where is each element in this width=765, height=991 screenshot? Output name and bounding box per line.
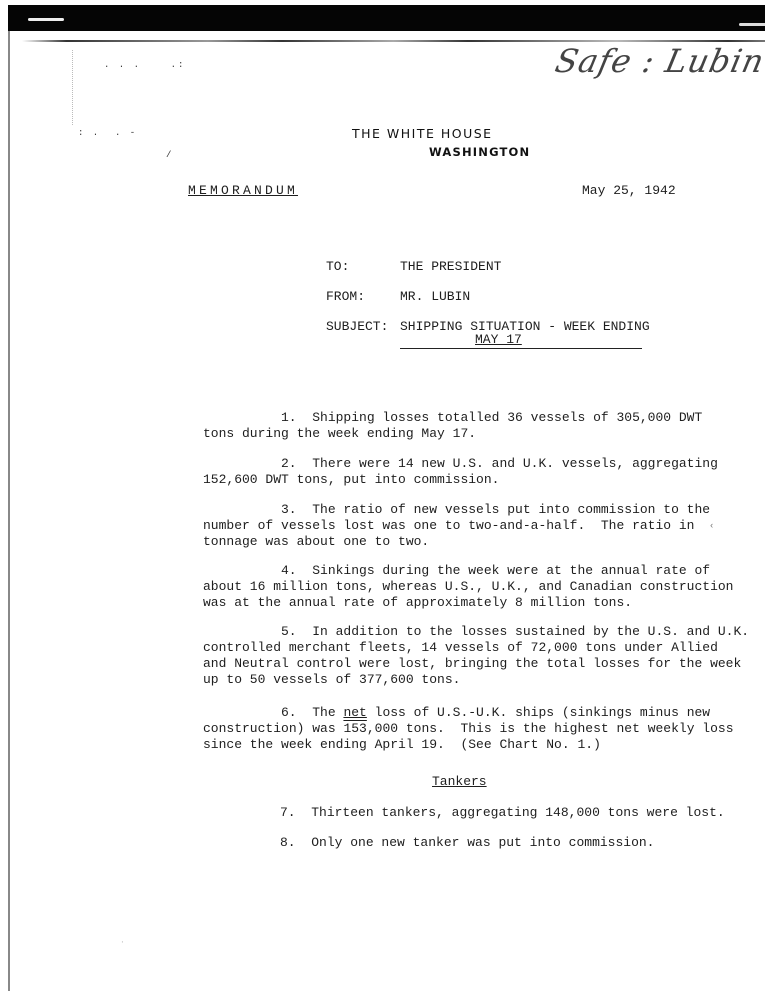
item-text: Only one new tanker was put into commiss… xyxy=(311,835,654,850)
paragraph-line: 1. Shipping losses totalled 36 vessels o… xyxy=(203,410,723,426)
scan-specks: . . . .: xyxy=(104,60,185,70)
paragraph-line: about 16 million tons, whereas U.S., U.K… xyxy=(203,579,723,595)
paragraph-number: 6. xyxy=(203,705,297,720)
paragraph-text: loss of U.S.-U.K. ships (sinkings minus … xyxy=(367,705,710,720)
letterhead-subtitle: WASHINGTON xyxy=(429,145,530,159)
paragraph-line: 6. The net loss of U.S.-U.K. ships (sink… xyxy=(203,705,723,721)
paragraph-text: ,000 tons. This is the highest net weekl… xyxy=(367,721,734,736)
underlined-word: net xyxy=(343,705,366,720)
section-heading-tankers: Tankers xyxy=(432,774,487,790)
from-value: MR. LUBIN xyxy=(400,289,470,305)
paragraph-line: was at the annual rate of approximately … xyxy=(203,595,723,611)
handwritten-annotation: Safe : Lubin xyxy=(552,42,765,80)
paragraph-5: 5. In addition to the losses sustained b… xyxy=(203,624,723,688)
paragraph-line: number of vessels lost was one to two-an… xyxy=(203,518,723,534)
faint-margin-mark xyxy=(72,50,74,125)
paragraph-3: 3. The ratio of new vessels put into com… xyxy=(203,502,723,550)
memo-label: MEMORANDUM xyxy=(188,183,298,199)
scan-specks: / xyxy=(166,150,173,160)
scan-left-edge xyxy=(8,31,10,991)
item-number: 7. xyxy=(280,805,296,820)
stray-mark: · xyxy=(120,938,125,947)
scan-specks: : . . - xyxy=(78,128,137,138)
paragraph-line: tons during the week ending May 17. xyxy=(203,426,723,442)
paragraph-2: 2. There were 14 new U.S. and U.K. vesse… xyxy=(203,456,723,488)
paragraph-number: 5. xyxy=(203,624,297,639)
tanker-item-8: 8. Only one new tanker was put into comm… xyxy=(280,835,654,851)
item-number: 8. xyxy=(280,835,296,850)
paragraph-line: 152,600 DWT tons, put into commission. xyxy=(203,472,723,488)
paragraph-number: 2. xyxy=(203,456,297,471)
paragraph-1: 1. Shipping losses totalled 36 vessels o… xyxy=(203,410,723,442)
subject-underline xyxy=(400,348,642,349)
paragraph-text: In addition to the losses sustained by t… xyxy=(312,624,749,639)
paragraph-number: 3. xyxy=(203,502,297,517)
to-value: THE PRESIDENT xyxy=(400,259,501,275)
paragraph-line: since the week ending April 19. (See Cha… xyxy=(203,737,723,753)
paragraph-line: 5. In addition to the losses sustained b… xyxy=(203,624,723,640)
subject-label: SUBJECT: xyxy=(326,319,388,335)
paragraph-6: 6. The net loss of U.S.-U.K. ships (sink… xyxy=(203,705,723,753)
memo-date: May 25, 1942 xyxy=(582,183,676,199)
paragraph-line: controlled merchant fleets, 14 vessels o… xyxy=(203,640,723,656)
paragraph-number: 4. xyxy=(203,563,297,578)
overlined-number: 153 xyxy=(343,721,366,736)
paragraph-text: The xyxy=(312,705,343,720)
item-text: Thirteen tankers, aggregating 148,000 to… xyxy=(311,805,724,820)
scan-top-border xyxy=(8,5,765,31)
memo-label-text: MEMORANDUM xyxy=(188,183,298,198)
paragraph-line: construction) was 153,000 tons. This is … xyxy=(203,721,723,737)
paragraph-text: The ratio of new vessels put into commis… xyxy=(312,502,710,517)
subject-line-2: MAY 17 xyxy=(475,332,522,348)
paragraph-line: 4. Sinkings during the week were at the … xyxy=(203,563,723,579)
letterhead-title: THE WHITE HOUSE xyxy=(352,126,493,141)
paragraph-text: Sinkings during the week were at the ann… xyxy=(312,563,710,578)
tanker-item-7: 7. Thirteen tankers, aggregating 148,000… xyxy=(280,805,725,821)
subject-line-1: SHIPPING SITUATION - WEEK ENDING xyxy=(400,319,650,335)
paragraph-line: and Neutral control were lost, bringing … xyxy=(203,656,723,672)
paragraph-line: up to 50 vessels of 377,600 tons. xyxy=(203,672,723,688)
paragraph-number: 1. xyxy=(203,410,297,425)
from-label: FROM: xyxy=(326,289,365,305)
paragraph-line: tonnage was about one to two. xyxy=(203,534,723,550)
scan-streak xyxy=(739,23,765,26)
paragraph-4: 4. Sinkings during the week were at the … xyxy=(203,563,723,611)
paragraph-text: There were 14 new U.S. and U.K. vessels,… xyxy=(312,456,718,471)
paragraph-text: Shipping losses totalled 36 vessels of 3… xyxy=(312,410,702,425)
paragraph-line: 2. There were 14 new U.S. and U.K. vesse… xyxy=(203,456,723,472)
paragraph-line: 3. The ratio of new vessels put into com… xyxy=(203,502,723,518)
scan-streak xyxy=(28,18,64,21)
to-label: TO: xyxy=(326,259,349,275)
paragraph-text: construction) was xyxy=(203,721,343,736)
